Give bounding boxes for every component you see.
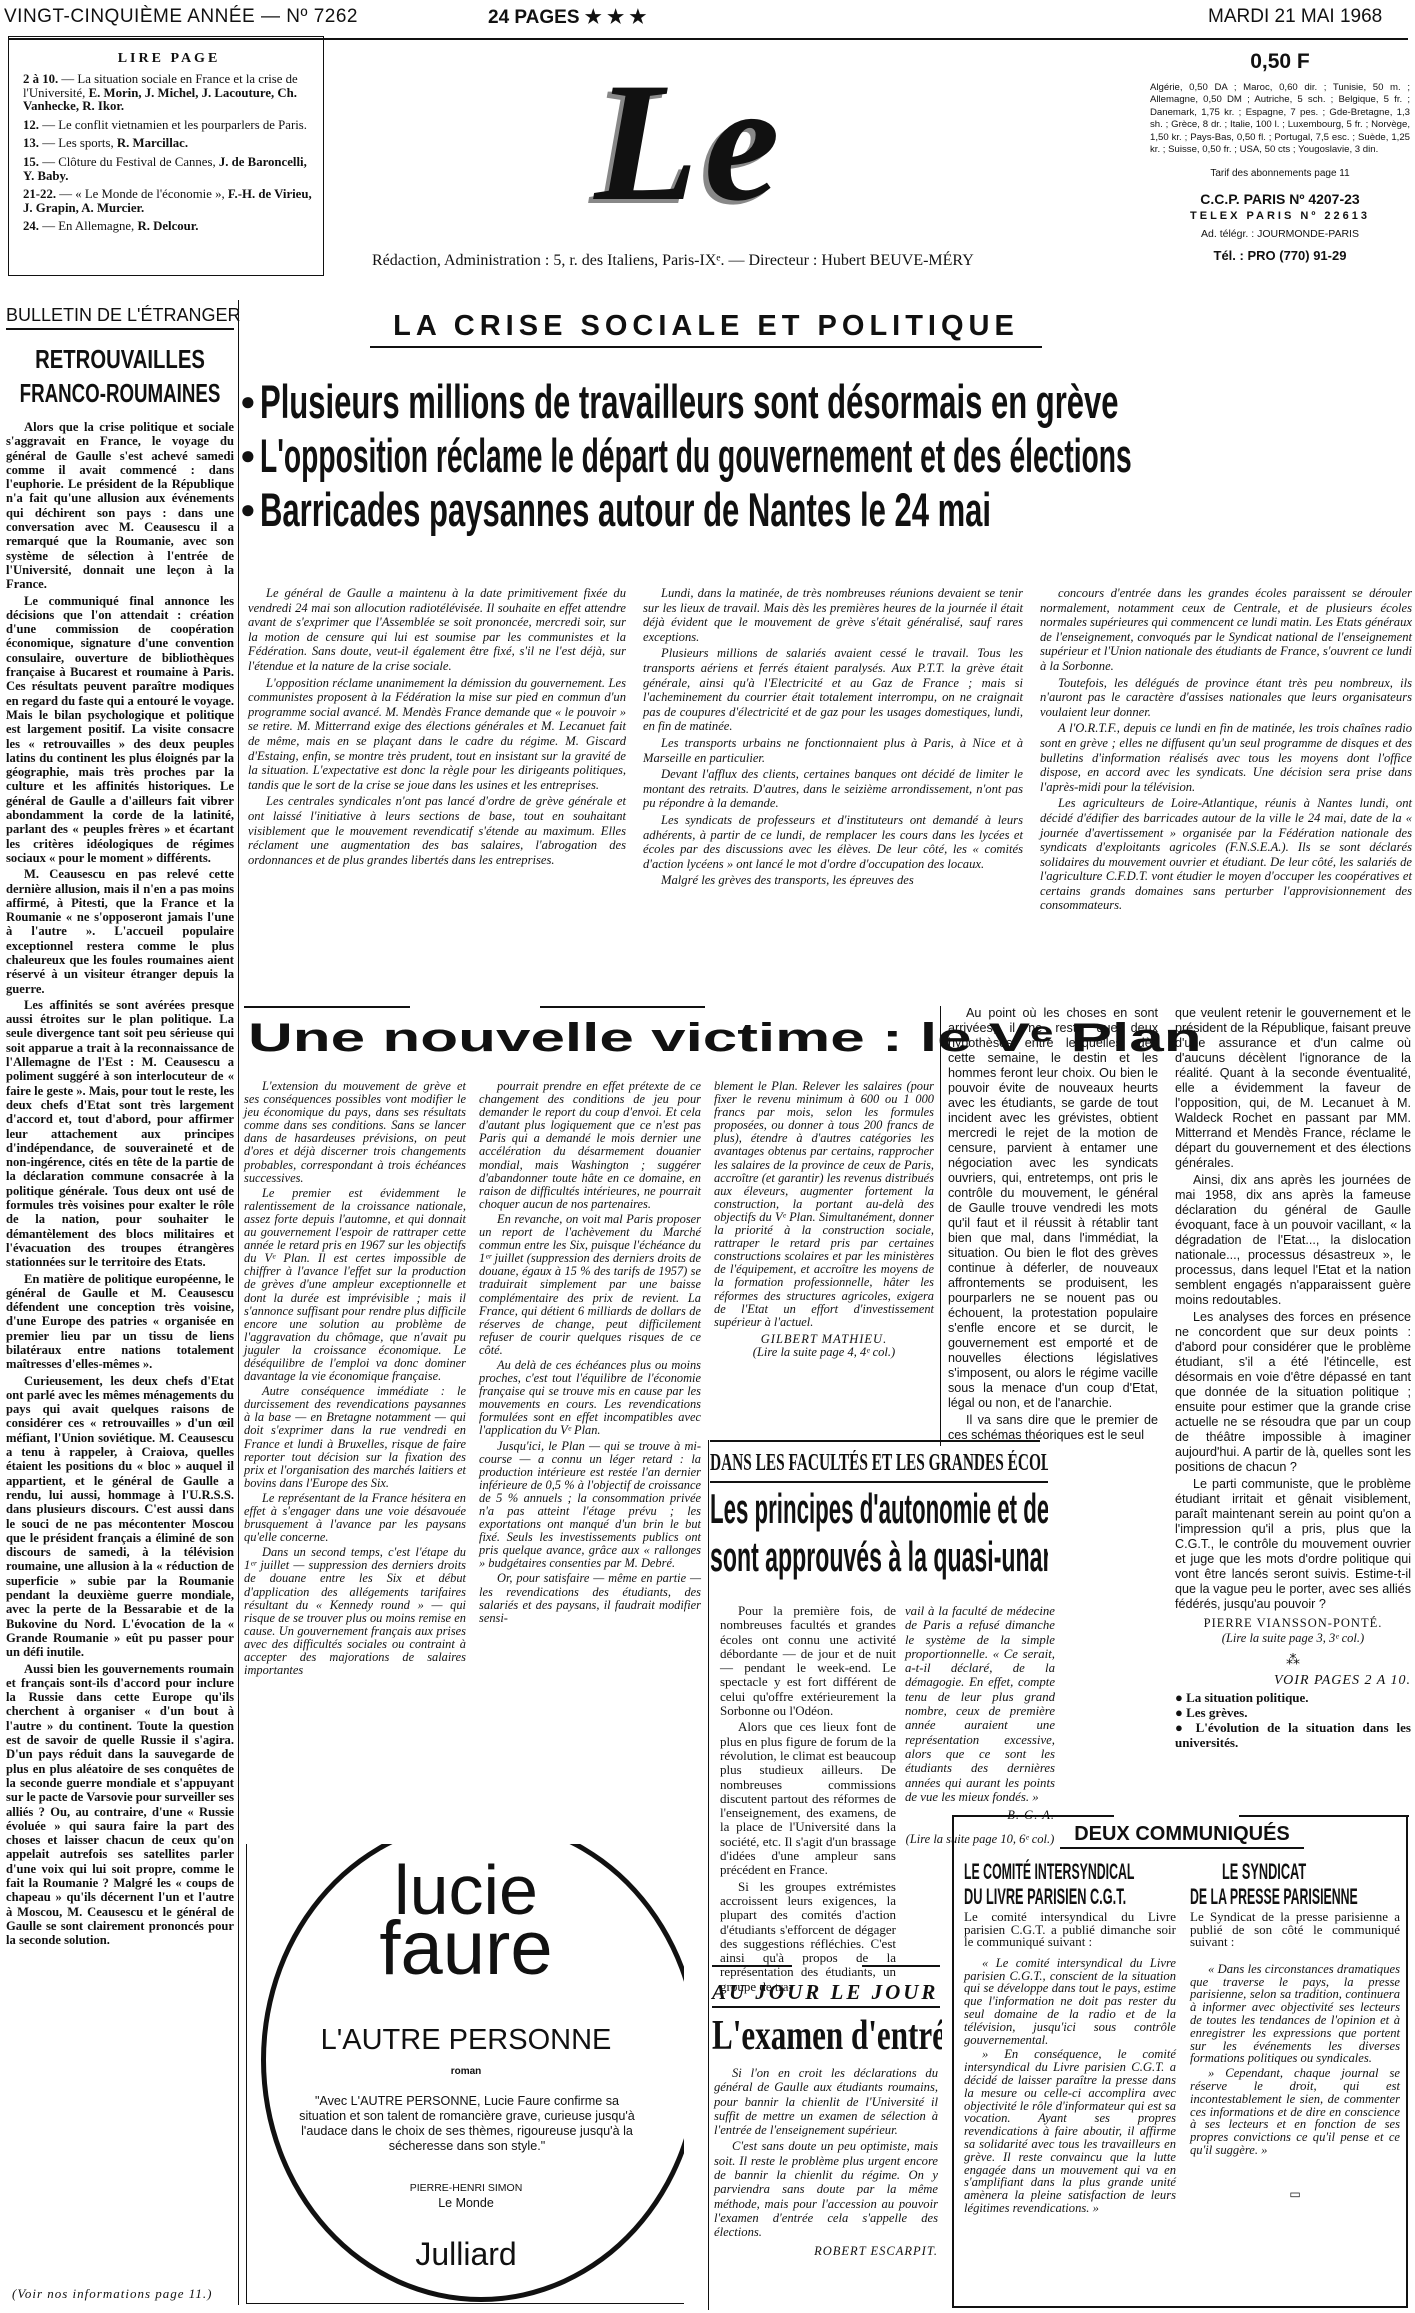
lire-page-item[interactable]: 21-22. — « Le Monde de l'économie », F.-… — [23, 188, 315, 215]
voir-pages-list: ● La situation politique. ● Les grèves. … — [1175, 1690, 1411, 1750]
plan-continued-link[interactable]: (Lire la suite page 4, 4ᵉ col.) — [714, 1346, 934, 1359]
ad-critic-paper: Le Monde — [247, 2196, 684, 2210]
analysis-col-1: Au point où les choses en sont arrivées,… — [948, 1006, 1158, 1445]
plan-title: Une nouvelle victime : le Vᵉ Plan — [248, 1014, 703, 1062]
lead-col-2: Lundi, dans la matinée, de très nombreus… — [643, 586, 1023, 890]
column-divider — [238, 300, 239, 2305]
plan-col-3: blement le Plan. Relever les salaires (p… — [714, 1080, 934, 1359]
facultes-header: DANS LES FACULTÉS ET LES GRANDES ÉCOLES … — [710, 1448, 1048, 1598]
telex: TELEX PARIS Nº 22613 — [1150, 210, 1410, 222]
newspaper-logo: Le Monde — [370, 42, 1010, 242]
column-divider — [940, 1006, 941, 1446]
lire-page-box: LIRE PAGE 2 à 10. — La situation sociale… — [8, 36, 324, 276]
communiques-top-rule-right — [1239, 1815, 1409, 1817]
lead-banner: LA CRISE SOCIALE ET POLITIQUE — [370, 310, 1042, 348]
analysis-signature: PIERRE VIANSSON-PONTÉ. — [1175, 1616, 1411, 1631]
voir-item[interactable]: ● La situation politique. — [1175, 1690, 1411, 1705]
communique-presse: LE SYNDICAT DE LA PRESSE PARISIENNE Le S… — [1190, 1859, 1400, 2202]
ad-author-last: faure — [247, 1914, 684, 1984]
lead-col-1: Le général de Gaulle a maintenu à la dat… — [248, 586, 626, 869]
ccp: C.C.P. PARIS Nº 4207-23 — [1150, 191, 1410, 207]
lire-page-item[interactable]: 12. — Le conflit vietnamien et les pourp… — [23, 119, 315, 133]
voir-item[interactable]: ● L'évolution de la situation dans les u… — [1175, 1720, 1411, 1750]
facultes-col-2: vail à la faculté de médecine de Paris a… — [905, 1604, 1055, 1847]
au-jour-rule-left — [712, 1965, 792, 1967]
phone: Tél. : PRO (770) 91-29 — [1150, 248, 1410, 263]
ad-critic: PIERRE-HENRI SIMON — [247, 2182, 684, 2194]
lire-page-item[interactable]: 24. — En Allemagne, R. Delcour. — [23, 220, 315, 234]
edition-number: VINGT-CINQUIÈME ANNÉE — Nº 7262 — [4, 6, 358, 28]
au-jour-rubric: AU JOUR LE JOUR — [712, 1980, 940, 2008]
facultes-col-1: Pour la première fois, de nombreuses fac… — [720, 1604, 896, 1996]
au-jour-body: Si l'on en croit les déclarations du gén… — [714, 2066, 938, 2258]
plan-col-1: L'extension du mouvement de grève et ses… — [244, 1080, 466, 1679]
ad-publisher: Julliard — [247, 2236, 684, 2273]
communique-presse-body: « Dans les circonstances dramatiques que… — [1190, 1963, 1400, 2157]
end-mark-icon: ▭ — [1190, 2187, 1400, 2202]
lead-headlines: ●Plusieurs millions de travailleurs sont… — [240, 375, 1415, 537]
analysis-continued-link[interactable]: (Lire la suite page 3, 3ᵉ col.) — [1175, 1631, 1411, 1646]
communiques-top-rule-left — [954, 1815, 1114, 1817]
book-advertisement[interactable]: lucie faure L'AUTRE PERSONNE roman "Avec… — [246, 1844, 684, 2304]
plan-top-rule-left — [244, 1006, 410, 1008]
lead-headline[interactable]: ●L'opposition réclame le départ du gouve… — [240, 429, 1415, 483]
foreign-prices: Algérie, 0,50 DA ; Maroc, 0,60 dir. ; Tu… — [1150, 82, 1410, 156]
communique-cgt: LE COMITÉ INTERSYNDICAL DU LIVRE PARISIE… — [964, 1859, 1176, 2217]
ad-book-title: L'AUTRE PERSONNE — [247, 2024, 684, 2057]
ad-genre: roman — [247, 2066, 684, 2077]
lead-col-3: concours d'entrée dans les grandes école… — [1040, 586, 1412, 915]
au-jour-title-wrap: L'examen d'entrée — [712, 2012, 942, 2060]
communiques-box: DEUX COMMUNIQUÉS LE COMITÉ INTERSYNDICAL… — [952, 1815, 1408, 2308]
subscriptions-note: Tarif des abonnements page 11 — [1150, 168, 1410, 179]
bulletin-rubric: BULLETIN DE L'ÉTRANGER — [6, 305, 234, 330]
column-divider — [708, 1440, 709, 2310]
issue-date: MARDI 21 MAI 1968 — [1208, 6, 1382, 28]
voir-item[interactable]: ● Les grèves. — [1175, 1705, 1411, 1720]
communique-cgt-body: « Le comité intersyndical du Livre paris… — [964, 1957, 1176, 2215]
lead-headline[interactable]: ●Plusieurs millions de travailleurs sont… — [240, 375, 1415, 429]
telegram: Ad. télégr. : JOURMONDE-PARIS — [1150, 228, 1410, 240]
price-box: 0,50 F Algérie, 0,50 DA ; Maroc, 0,60 di… — [1150, 50, 1410, 263]
bulletin-body: Alors que la crise politique et sociale … — [6, 420, 234, 1947]
lead-headline[interactable]: ●Barricades paysannes autour de Nantes l… — [240, 483, 1415, 537]
lire-page-item[interactable]: 15. — Clôture du Festival de Cannes, J. … — [23, 156, 315, 183]
au-jour-rule-right — [862, 1965, 940, 1967]
bulletin-title: RETROUVAILLES FRANCO-ROUMAINES — [6, 342, 234, 414]
plan-signature: GILBERT MATHIEU. — [714, 1333, 934, 1346]
voir-pages[interactable]: VOIR PAGES 2 A 10. — [1175, 1673, 1411, 1688]
ad-quote: "Avec L'AUTRE PERSONNE, Lucie Faure conf… — [297, 2094, 637, 2154]
lire-page-item[interactable]: 13. — Les sports, R. Marcillac. — [23, 137, 315, 151]
page-count: 24 PAGES ★ ★ ★ — [488, 6, 646, 29]
lire-page-list: 2 à 10. — La situation sociale en France… — [23, 73, 315, 234]
editorial-address: Rédaction, Administration : 5, r. des It… — [372, 252, 974, 270]
analysis-col-2: que veulent retenir le gouvernement et l… — [1175, 1006, 1411, 1750]
plan-col-2: pourrait prendre en effet prétexte de ce… — [479, 1080, 701, 1627]
price: 0,50 F — [1150, 50, 1410, 74]
communiques-title: DEUX COMMUNIQUÉS — [954, 1823, 1410, 1846]
au-jour-signature: ROBERT ESCARPIT. — [714, 2244, 938, 2258]
lire-page-item[interactable]: 2 à 10. — La situation sociale en France… — [23, 73, 315, 114]
bulletin-etranger: BULLETIN DE L'ÉTRANGER RETROUVAILLES FRA… — [6, 305, 234, 1949]
asterism-icon: ⁂ — [1175, 1652, 1411, 1667]
lire-page-title: LIRE PAGE — [23, 51, 315, 67]
facultes-top-rule — [710, 1440, 1040, 1442]
plan-top-rule-right — [540, 1006, 705, 1008]
bulletin-footer-link[interactable]: (Voir nos informations page 11.) — [12, 2286, 212, 2302]
